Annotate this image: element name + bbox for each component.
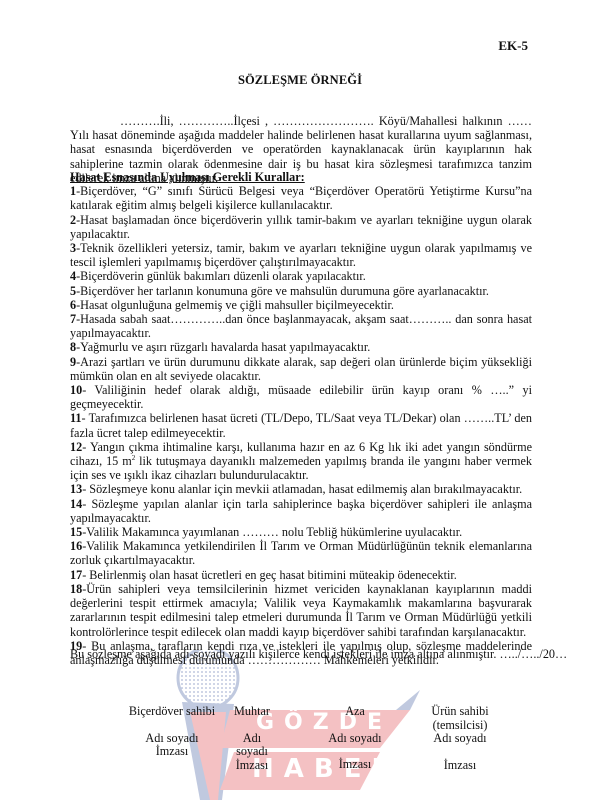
rule-item: 12- Yangın çıkma ihtimaline karşı, kulla… (70, 440, 532, 483)
rule-item: 17- Belirlenmiş olan hasat ücretleri en … (70, 568, 532, 582)
rule-text: Hasat başlamadan önce biçerdöverin yıllı… (70, 213, 532, 241)
signature-role: Aza (300, 705, 410, 719)
rule-text: Arazi şartları ve ürün durumunu dikkate … (70, 355, 532, 383)
signature-role: Muhtar (212, 705, 292, 719)
rule-number: 18 (70, 582, 82, 596)
signature-role: Ürün sahibi (temsilcisi) (410, 705, 510, 732)
rule-text: Biçerdöver her tarlanın konumuna göre ve… (80, 284, 489, 298)
signature-sign: İmzası (212, 759, 292, 773)
signature-name: Adı soyadı (142, 732, 202, 746)
document-title: SÖZLEŞME ÖRNEĞİ (0, 73, 600, 88)
rules-section: Hasat Esnasında Uyulması Gerekli Kuralla… (70, 170, 532, 667)
rule-text: Hasat olgunluğuna gelmemiş ve çiğli mahs… (80, 298, 394, 312)
rule-item: 6-Hasat olgunluğuna gelmemiş ve çiğli ma… (70, 298, 532, 312)
rule-text: Teknik özellikleri yetersiz, tamir, bakı… (70, 241, 532, 269)
signature-aza: Aza Adı soyadı İmzası (300, 705, 410, 772)
rule-number: 14 (70, 497, 82, 511)
closing-statement: Bu sözleşme aşağıda adı-soyadı yazılı ki… (70, 647, 532, 661)
signature-product-owner: Ürün sahibi (temsilcisi) Adı soyadı İmza… (410, 705, 510, 772)
rule-separator: - (82, 411, 89, 425)
rule-text: Sözleşmeye konu alanlar için mevkii atla… (89, 482, 522, 496)
rule-item: 16-Valilik Makamınca yetkilendirilen İl … (70, 539, 532, 567)
rule-item: 15-Valilik Makamınca yayımlanan ……… nolu… (70, 525, 532, 539)
rule-number: 16 (70, 539, 82, 553)
rule-text: Tarafımızca belirlenen hasat ücreti (TL/… (70, 411, 532, 439)
rule-item: 9-Arazi şartları ve ürün durumunu dikkat… (70, 355, 532, 383)
rule-text: Yağmurlu ve aşırı rüzgarlı havalarda has… (80, 340, 370, 354)
rule-text: Valilik Makamınca yetkilendirilen İl Tar… (70, 539, 532, 567)
rule-text: Valilik Makamınca yayımlanan ……… nolu Te… (86, 525, 462, 539)
signature-muhtar: Muhtar Adı soyadı İmzası (212, 705, 292, 772)
rule-number: 13 (70, 482, 82, 496)
annex-label: EK-5 (498, 38, 528, 54)
signature-name: Adı soyadı (300, 732, 410, 746)
signature-name: Adı soyadı (227, 732, 277, 759)
rule-item: 18-Ürün sahipleri veya temsilcilerinin h… (70, 582, 532, 639)
rule-text: Biçerdöver, “G” sınıfı Sürücü Belgesi ve… (70, 184, 532, 212)
signature-sign: İmzası (300, 758, 410, 772)
rule-text: Hasada sabah saat…………..dan önce başlanma… (70, 312, 532, 340)
rule-item: 5-Biçerdöver her tarlanın konumuna göre … (70, 284, 532, 298)
rule-text: Biçerdöverin günlük bakımları düzenli ol… (80, 269, 366, 283)
rule-number: 15 (70, 525, 82, 539)
rule-item: 7-Hasada sabah saat…………..dan önce başlan… (70, 312, 532, 340)
rule-item: 2-Hasat başlamadan önce biçerdöverin yıl… (70, 213, 532, 241)
rule-number: 17 (70, 568, 82, 582)
rule-item: 10- Valiliğinin hedef olarak aldığı, müs… (70, 383, 532, 411)
rules-list: 1-Biçerdöver, “G” sınıfı Sürücü Belgesi … (70, 184, 532, 667)
rules-heading: Hasat Esnasında Uyulması Gerekli Kuralla… (70, 170, 532, 184)
rule-text: Sözleşme yapılan alanlar için tarla sahi… (70, 497, 532, 525)
rule-text: Belirlenmiş olan hasat ücretleri en geç … (89, 568, 457, 582)
rule-separator: - (82, 440, 90, 454)
rule-item: 14- Sözleşme yapılan alanlar için tarla … (70, 497, 532, 525)
rule-item: 4-Biçerdöverin günlük bakımları düzenli … (70, 269, 532, 283)
signature-sign: İmzası (410, 759, 510, 773)
rule-item: 1-Biçerdöver, “G” sınıfı Sürücü Belgesi … (70, 184, 532, 212)
rule-number: 11 (70, 411, 82, 425)
signature-name: Adı soyadı (410, 732, 510, 746)
signature-block: Biçerdöver sahibi Adı soyadı İmzası Muht… (100, 705, 530, 795)
rule-item: 3-Teknik özellikleri yetersiz, tamir, ba… (70, 241, 532, 269)
rule-item: 11- Tarafımızca belirlenen hasat ücreti … (70, 411, 532, 439)
rule-item: 13- Sözleşmeye konu alanlar için mevkii … (70, 482, 532, 496)
rule-text: Ürün sahipleri veya temsilcilerinin hizm… (70, 582, 532, 639)
rule-separator: - (82, 383, 94, 397)
rule-text: Valiliğinin hedef olarak aldığı, müsaade… (70, 383, 532, 411)
rule-number: 12 (70, 440, 82, 454)
rule-text-continued: lik tutuşmaya dayanıklı malzemeden yapıl… (70, 454, 532, 482)
rule-number: 10 (70, 383, 82, 397)
document-page: GÖZDE HABER EK-5 SÖZLEŞME ÖRNEĞİ ……….İli… (0, 0, 600, 800)
rule-item: 8-Yağmurlu ve aşırı rüzgarlı havalarda h… (70, 340, 532, 354)
